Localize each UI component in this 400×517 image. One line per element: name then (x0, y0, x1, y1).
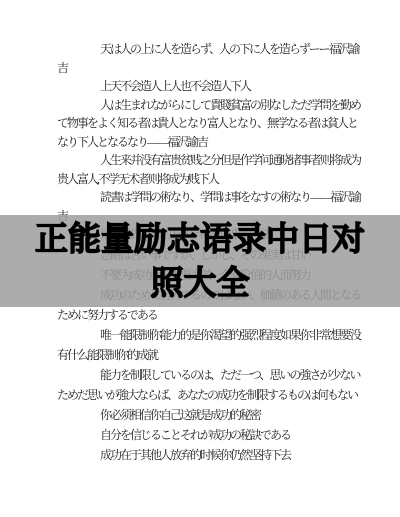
quote-line: 你必须相信你自己这就是成功的秘密 (57, 405, 367, 425)
page-title-line2: 照大全 (0, 261, 400, 305)
page-title-line1: 正能量励志语录中日对 (0, 217, 400, 261)
quote-line: て物事をよく知る者は貴人となり富人となり、無学なる者は貧人と (57, 114, 367, 133)
quote-line: ためだ思いが強大ならば、あなたの成功を制限するものは何もない (57, 385, 367, 405)
quote-line: 上天不会造人上人也不会造人下人 (57, 77, 367, 96)
quote-line: 有什么能限制你的成就 (57, 345, 367, 365)
quote-line: 天は人の上に人を造らず、人の下に人を造らずーー福沢諭 (57, 40, 367, 59)
quotes-document-page: 天は人の上に人を造らず、人の下に人を造らずーー福沢諭吉上天不会造人上人也不会造人… (0, 0, 400, 517)
quote-line: 成功在于其他人放弃的时候你仍然坚持下去 (57, 445, 367, 465)
quote-line: 唯一能限制你能力的是你渴望的强烈程度如果你非常想要没 (57, 325, 367, 345)
quote-line: 読書は学問の術なり、学問は事をなすの術なり――福沢諭 (57, 188, 367, 207)
quote-line: 能力を制限しているのは、ただ一つ、思いの強さが少ない (57, 365, 367, 385)
quote-line: ために努力するである (57, 305, 367, 325)
quote-line: 人生来并没有富贵贫贱之分但是作学问通晓诸事者则将成为 (57, 151, 367, 170)
quote-line: 自分を信じることそれが成功の秘訣である (57, 425, 367, 445)
quote-line: 人は生まれながらにして貴賤貧富の別なしただ学問を勤め (57, 96, 367, 115)
page-title: 正能量励志语录中日对 照大全 (0, 217, 400, 305)
quotes-block-top: 天は人の上に人を造らず、人の下に人を造らずーー福沢諭吉上天不会造人上人也不会造人… (57, 40, 367, 244)
quote-line: なり下人となるなり――福沢諭吉 (57, 133, 367, 152)
quote-line: 吉 (57, 59, 367, 78)
quote-line: 贵人富人,不学无术者则将成为贱下人 (57, 170, 367, 189)
